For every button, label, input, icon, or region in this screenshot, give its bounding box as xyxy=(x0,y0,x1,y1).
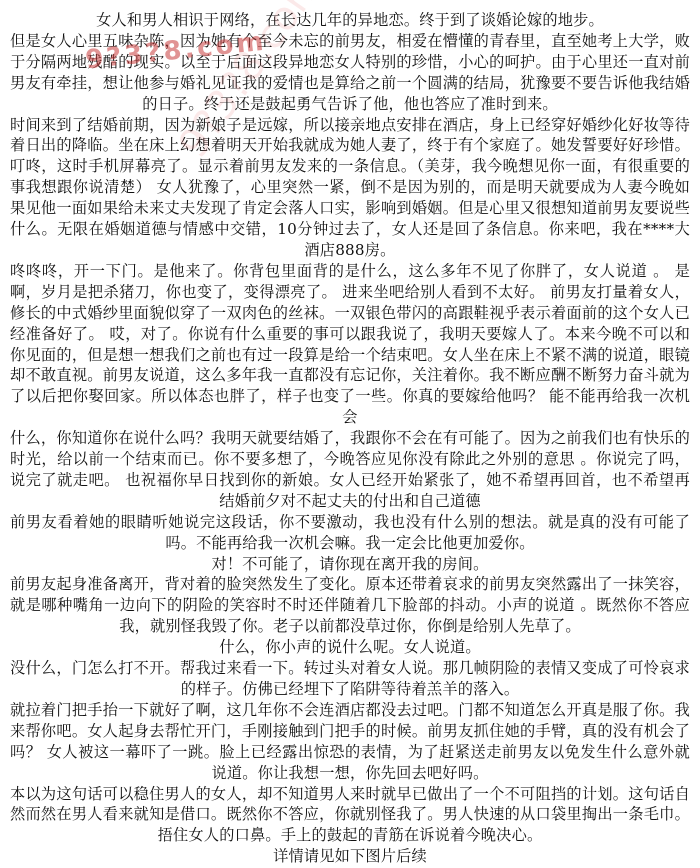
story-document: 女人和男人相识于网络，在长达几年的异地恋。终于到了谈婚论嫁的地步。 但是女人心里… xyxy=(0,10,700,867)
story-paragraph-2: 但是女人心里五味杂陈，因为她有个至今未忘的前男友，相爱在懵懂的青春里，直至她考上… xyxy=(0,31,700,115)
story-paragraph-6: 前男友看着她的眼睛听她说完这段话，你不要激动，我也没有什么别的想法。就是真的没有… xyxy=(0,512,700,554)
story-footer-note: 详情请见如下图片后续 xyxy=(0,846,700,867)
story-paragraph-5: 什么，你知道你在说什么吗？我明天就要结婚了，我跟你不会在有可能了。因为之前我们也… xyxy=(0,428,700,512)
story-paragraph-10: 没什么，门怎么打不开。帮我过来看一下。转过头对着女人说。那几帧阴险的表情又变成了… xyxy=(0,658,700,700)
story-paragraph-12: 本以为这句话可以稳住男人的女人，却不知道男人来时就早已做出了一个不可阻挡的计划。… xyxy=(0,784,700,847)
story-paragraph-9: 什么，你小声的说什么呢。女人说道。 xyxy=(0,637,700,658)
story-paragraph-3: 时间来到了结婚前期，因为新娘子是远嫁，所以接亲地点安排在酒店，身上已经穿好婚纱化… xyxy=(0,115,700,261)
story-paragraph-4: 咚咚咚，开一下门。是他来了。你背包里面背的是什么，这么多年不见了你胖了，女人说道… xyxy=(0,261,700,428)
story-paragraph-11: 就拉着门把手抬一下就好了啊，这几年你不会连酒店都没去过吧。门都不知道怎么开真是服… xyxy=(0,700,700,784)
story-paragraph-8: 前男友起身准备离开，背对着的脸突然发生了变化。原本还带着哀求的前男友突然露出了一… xyxy=(0,574,700,637)
story-paragraph-7: 对！不可能了，请你现在离开我的房间。 xyxy=(0,554,700,575)
story-paragraph-1: 女人和男人相识于网络，在长达几年的异地恋。终于到了谈婚论嫁的地步。 xyxy=(0,10,700,31)
